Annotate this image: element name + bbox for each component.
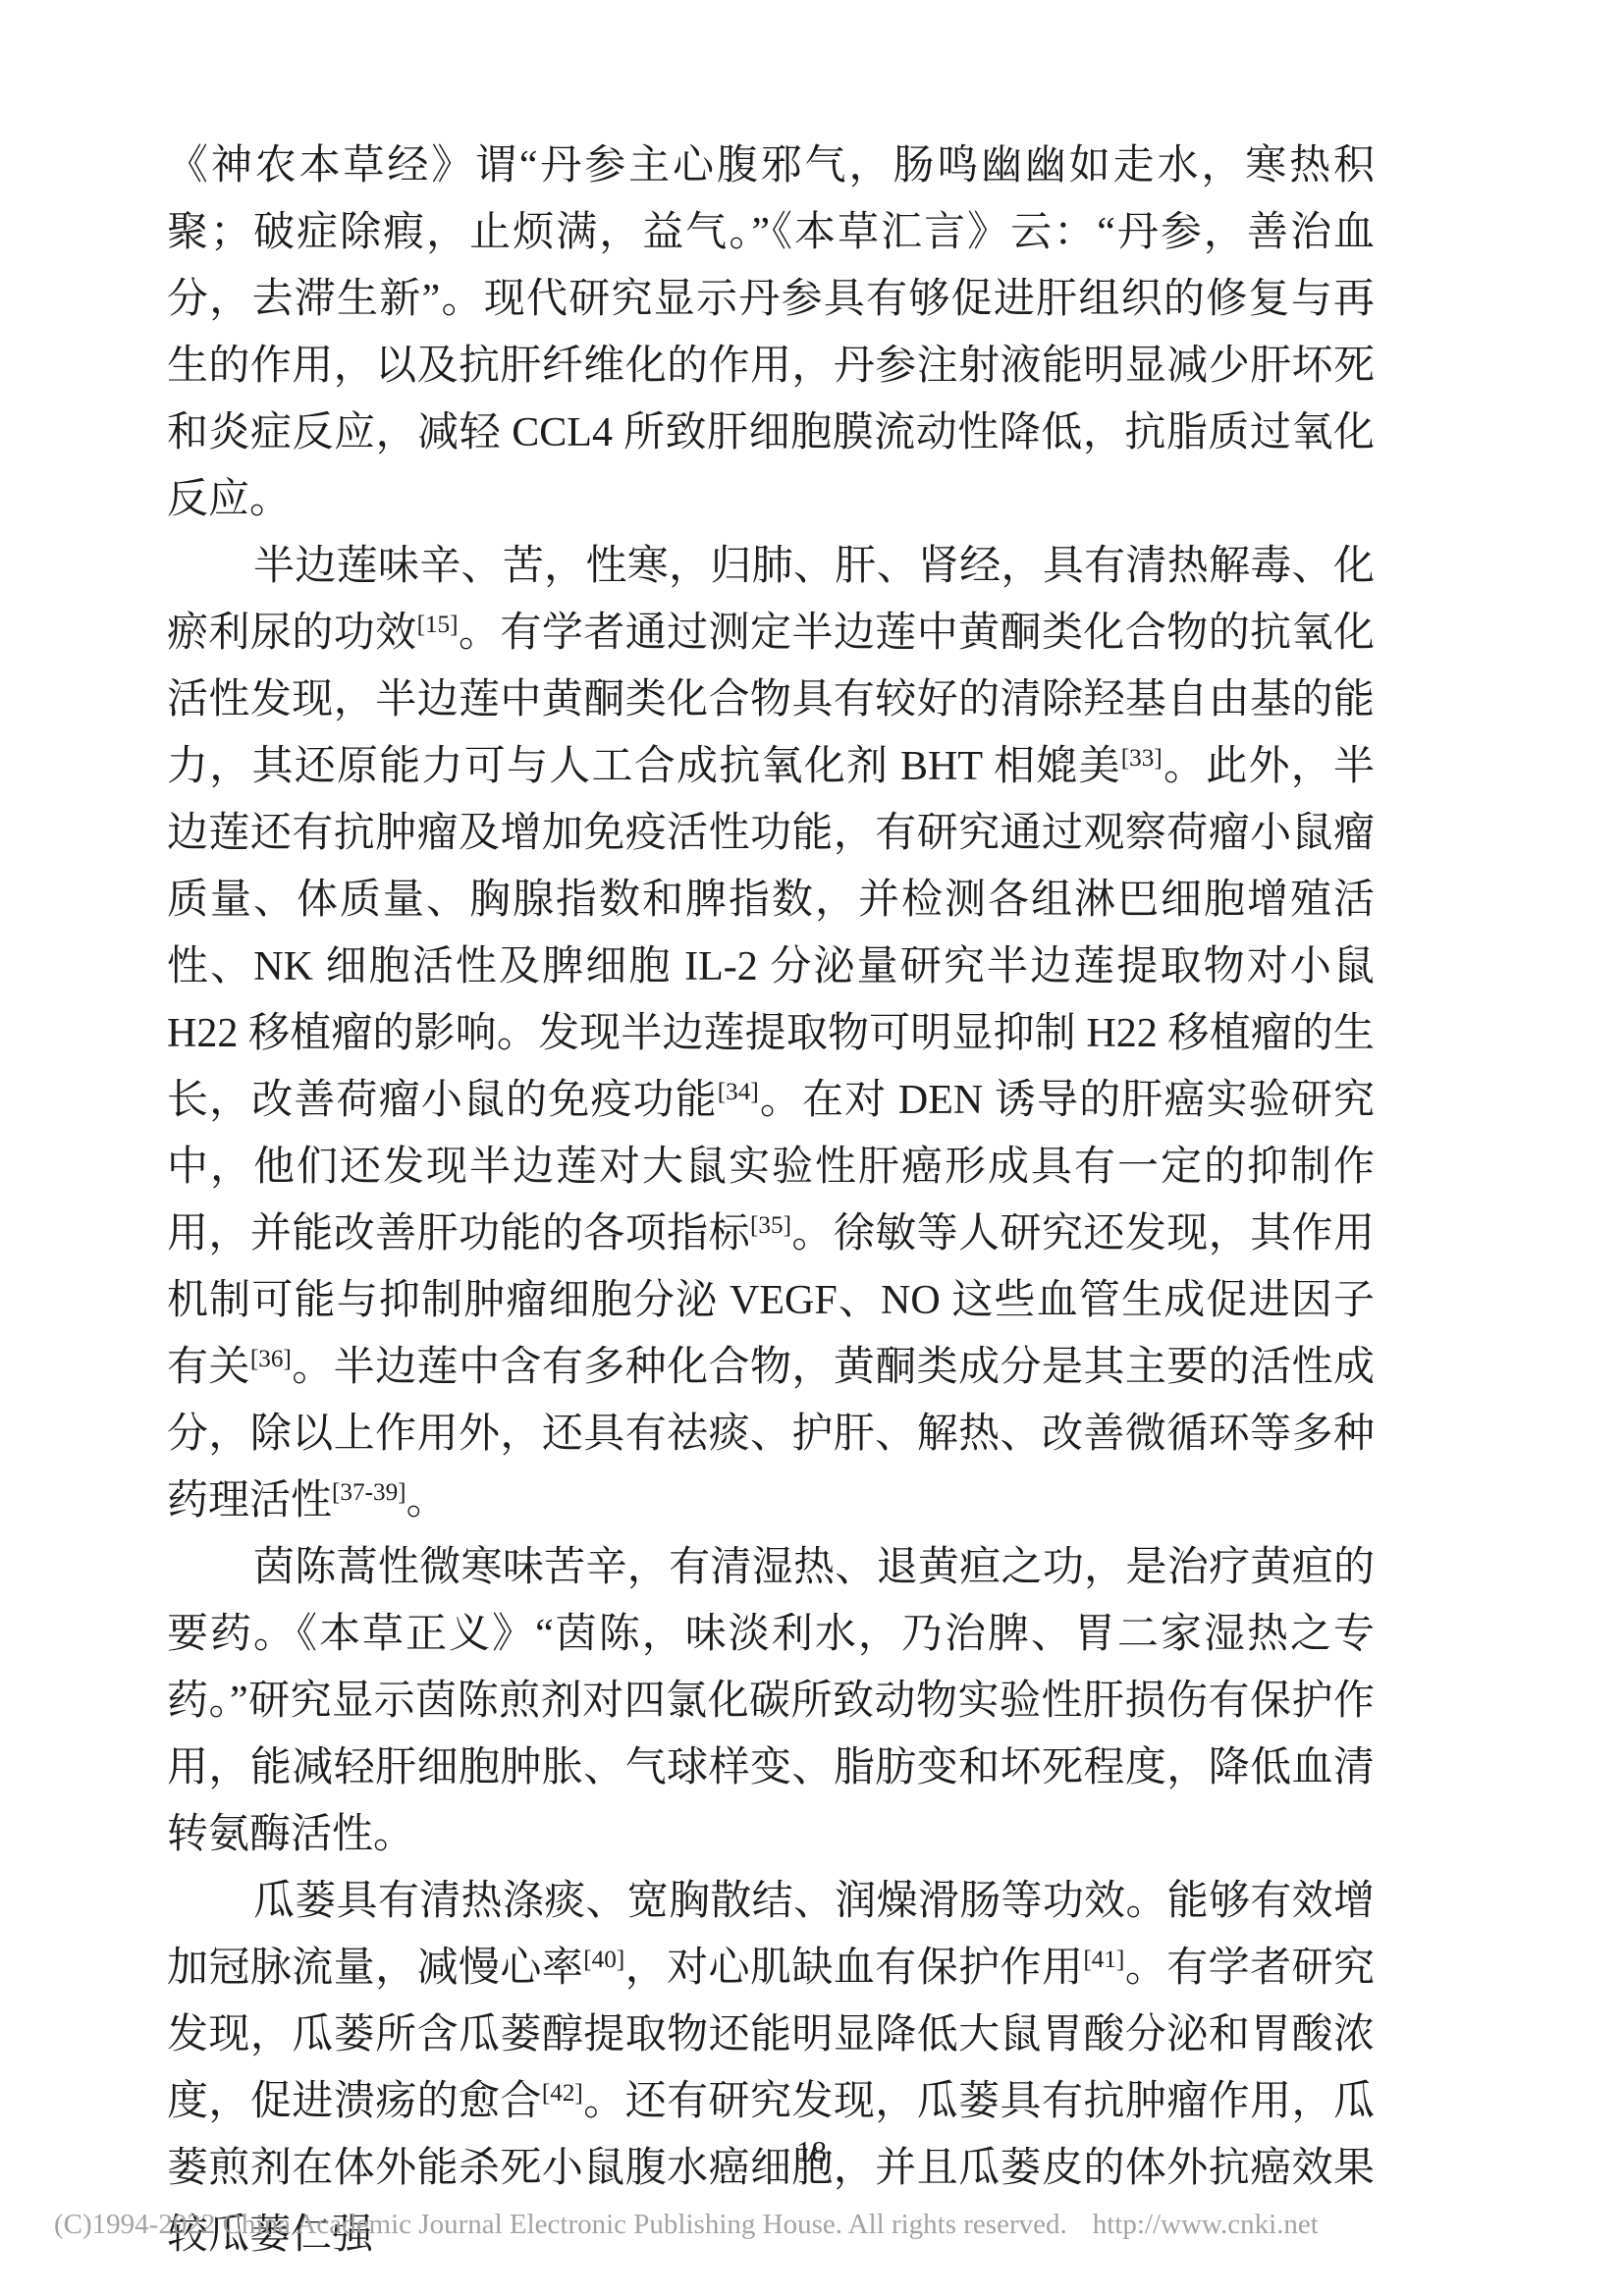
- document-page: 《神农本草经》谓“丹参主心腹邪气，肠鸣幽幽如走水，寒热积聚；破症除瘕，止烦满，益…: [0, 0, 1623, 2296]
- paragraph: 《神农本草经》谓“丹参主心腹邪气，肠鸣幽幽如走水，寒热积聚；破症除瘕，止烦满，益…: [167, 133, 1375, 533]
- footer-copyright: (C)1994-2022 China Academic Journal Elec…: [54, 2209, 1067, 2240]
- reference-superscript: [36]: [250, 1346, 292, 1372]
- paragraph-text: 《神农本草经》谓“丹参主心腹邪气，肠鸣幽幽如走水，寒热积聚；破症除瘕，止烦满，益…: [167, 143, 1375, 522]
- reference-superscript: [15]: [417, 612, 459, 638]
- paragraph-text: 。此外，半边莲还有抗肿瘤及增加免疫活性功能，有研究通过观察荷瘤小鼠瘤质量、体质量…: [167, 744, 1375, 1123]
- reference-superscript: [42]: [542, 2080, 583, 2107]
- paragraph-text: 茵陈蒿性微寒味苦辛，有清湿热、退黄疸之功，是治疗黄疸的要药。《本草正义》“茵陈，…: [167, 1545, 1375, 1857]
- paragraphs: 《神农本草经》谓“丹参主心腹邪气，肠鸣幽幽如走水，寒热积聚；破症除瘕，止烦满，益…: [167, 133, 1375, 2269]
- paragraph: 半边莲味辛、苦，性寒，归肺、肝、肾经，具有清热解毒、化瘀利尿的功效[15]。有学…: [167, 533, 1375, 1534]
- reference-superscript: [34]: [718, 1079, 759, 1105]
- paragraph: 茵陈蒿性微寒味苦辛，有清湿热、退黄疸之功，是治疗黄疸的要药。《本草正义》“茵陈，…: [167, 1534, 1375, 1868]
- reference-superscript: [35]: [750, 1212, 791, 1239]
- footer-url: http://www.cnki.net: [1093, 2209, 1319, 2240]
- footer: (C)1994-2022 China Academic Journal Elec…: [54, 2206, 1566, 2243]
- reference-superscript: [41]: [1083, 1947, 1124, 1973]
- page-number: 18: [0, 2132, 1623, 2171]
- reference-superscript: [37-39]: [332, 1479, 406, 1506]
- reference-superscript: [33]: [1121, 745, 1163, 772]
- reference-superscript: [40]: [583, 1947, 624, 1973]
- paragraph-text: ，对心肌缺血有保护作用: [624, 1946, 1083, 1991]
- paragraph-text: 。: [406, 1478, 448, 1523]
